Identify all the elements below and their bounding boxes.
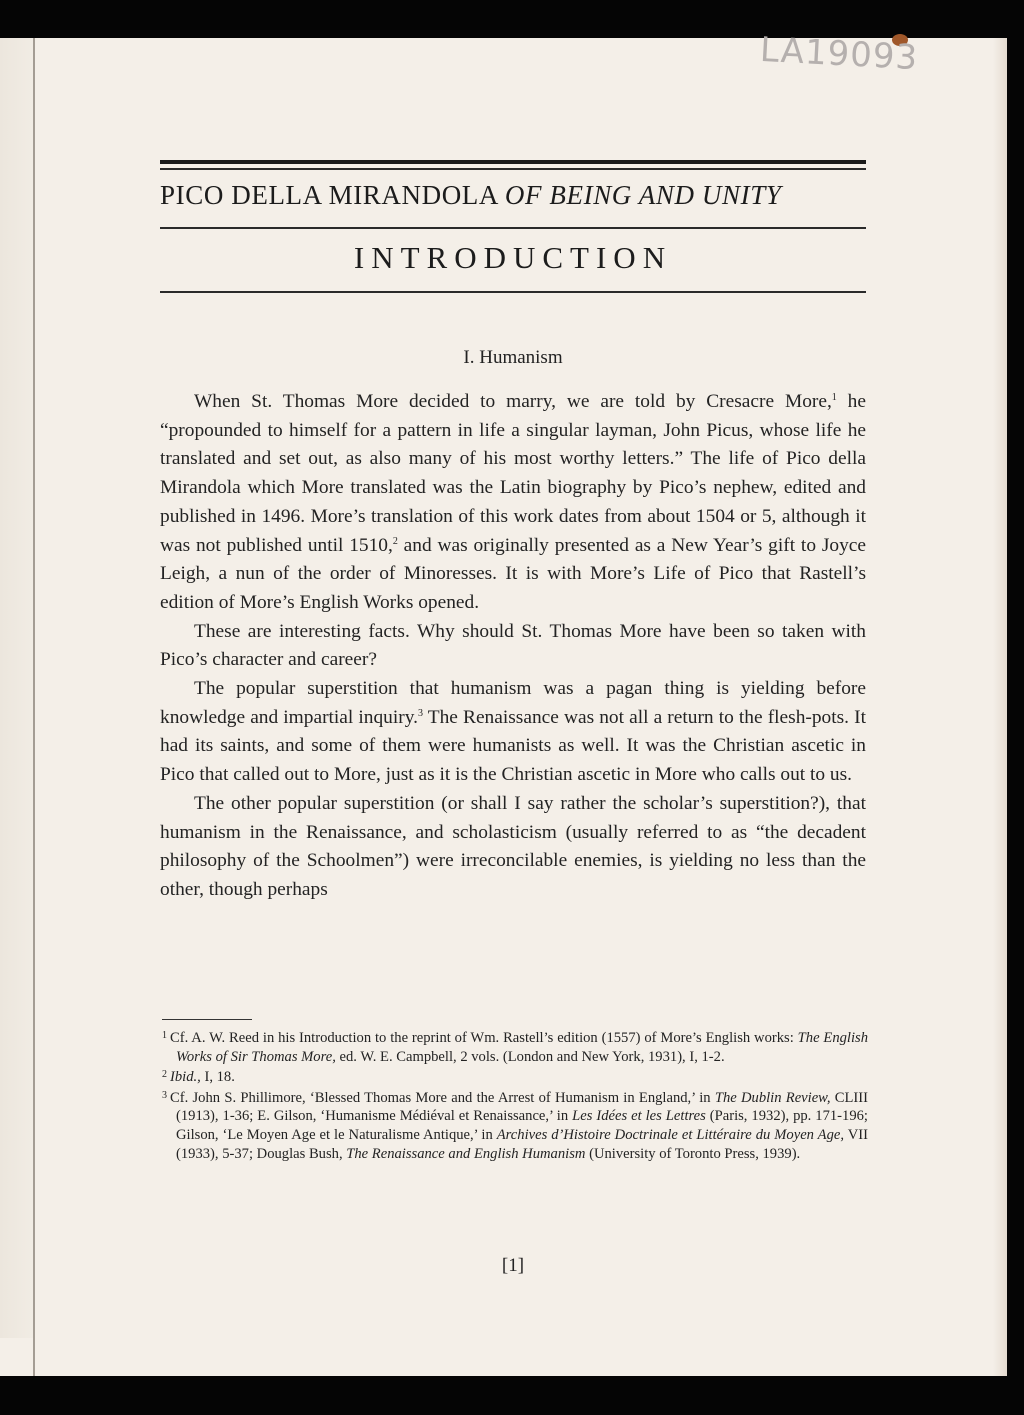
footnote-separator [162, 1019, 252, 1020]
text-run: Cf. A. W. Reed in his Introduction to th… [170, 1030, 798, 1046]
chapter-title: INTRODUCTION [160, 240, 866, 276]
footnote-number: 2 [162, 1069, 167, 1080]
text-run: (University of Toronto Press, 1939). [585, 1146, 800, 1162]
running-title: PICO DELLA MIRANDOLA OF BEING AND UNITY [160, 180, 866, 211]
footnote: 3Cf. John S. Phillimore, ‘Blessed Thomas… [162, 1087, 868, 1163]
page-edge-shadow [993, 38, 1007, 1376]
body-text: When St. Thomas More decided to marry, w… [160, 388, 866, 905]
footnote: 2Ibid., I, 18. [162, 1066, 868, 1087]
footnote: 1Cf. A. W. Reed in his Introduction to t… [162, 1027, 868, 1066]
text-run: When St. Thomas More decided to marry, w… [194, 391, 832, 412]
binding-fold [33, 38, 35, 1376]
paragraph: The other popular superstition (or shall… [160, 790, 866, 905]
footnote-number: 3 [162, 1090, 167, 1101]
paragraph: The popular superstition that humanism w… [160, 675, 866, 790]
section-heading: I. Humanism [160, 347, 866, 369]
text-run: he “propounded to himself for a pattern … [160, 391, 866, 556]
italic-title: The Dublin Review, [715, 1090, 831, 1106]
running-title-author: PICO DELLA MIRANDOLA [160, 180, 498, 210]
footnotes: 1Cf. A. W. Reed in his Introduction to t… [162, 1027, 868, 1163]
text-run: These are interesting facts. Why should … [160, 621, 866, 671]
text-run: ed. W. E. Campbell, 2 vols. (London and … [336, 1049, 725, 1065]
italic-title: The Renaissance and English Humanism [346, 1146, 585, 1162]
page-number: [1] [160, 1255, 866, 1277]
header-rule-thin-middle [160, 227, 866, 229]
pencil-accession-note: LA19093 [759, 30, 919, 78]
text-run: Cf. John S. Phillimore, ‘Blessed Thomas … [170, 1090, 715, 1106]
header-rule-thin-top [160, 168, 866, 170]
italic-title: Ibid., [170, 1069, 201, 1085]
paragraph: These are interesting facts. Why should … [160, 618, 866, 675]
paragraph: When St. Thomas More decided to marry, w… [160, 388, 866, 618]
header-rule-thin-bottom [160, 291, 866, 293]
header-rule-thick [160, 160, 866, 164]
running-title-work: OF BEING AND UNITY [505, 180, 782, 210]
italic-title: Les Idées et les Lettres [572, 1108, 706, 1124]
text-run: The other popular superstition (or shall… [160, 793, 866, 900]
italic-title: Archives d’Histoire Doctrinale et Littér… [497, 1127, 844, 1143]
previous-page-edge [0, 38, 33, 1338]
footnote-number: 1 [162, 1030, 167, 1041]
text-run: I, 18. [201, 1069, 235, 1085]
